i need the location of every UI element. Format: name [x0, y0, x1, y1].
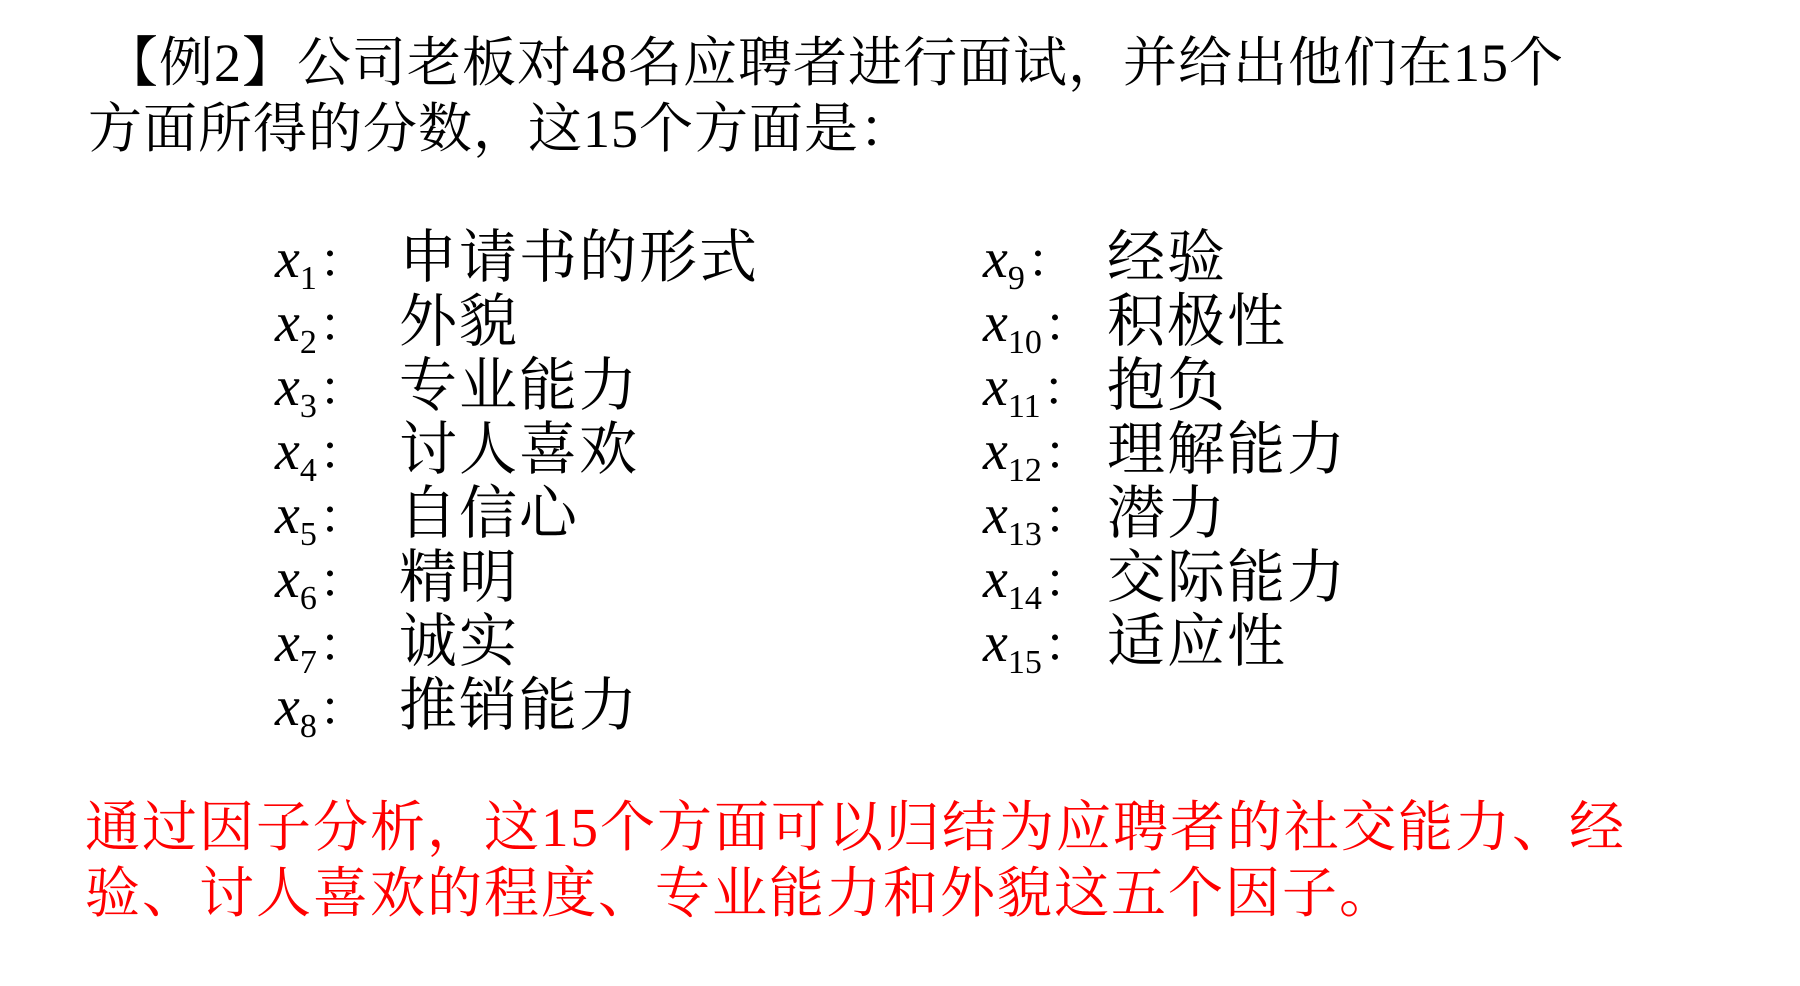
math-x: x	[983, 548, 1008, 610]
variable-row: x13： 潜力	[983, 482, 1347, 546]
variable-symbol: x2：	[275, 291, 395, 358]
colon-separator: ：	[1044, 619, 1092, 672]
variable-label: 理解能力	[1107, 417, 1347, 482]
colon-separator: ：	[1043, 363, 1091, 416]
variable-row: x2： 外貌	[275, 290, 759, 354]
variable-symbol: x1：	[275, 227, 395, 294]
variable-subscript: 8	[300, 708, 317, 745]
variable-row: x3： 专业能力	[275, 354, 759, 418]
math-x: x	[983, 292, 1008, 354]
variable-symbol: x9：	[983, 227, 1103, 294]
variable-label: 适应性	[1107, 609, 1287, 674]
math-x: x	[275, 612, 300, 674]
variable-symbol: x14：	[983, 547, 1103, 614]
title-line: 【例2】公司老板对48名应聘者进行面试，并给出他们在15个	[88, 30, 1648, 96]
math-x: x	[983, 228, 1008, 290]
math-x: x	[275, 484, 300, 546]
colon-separator: ：	[1027, 235, 1075, 288]
variable-row: x15： 适应性	[983, 610, 1347, 674]
math-x: x	[275, 676, 300, 738]
variable-label: 自信心	[399, 481, 579, 546]
variable-label: 申请书的形式	[399, 225, 759, 290]
colon-separator: ：	[319, 491, 367, 544]
variable-label: 专业能力	[399, 353, 639, 418]
math-x: x	[275, 292, 300, 354]
variable-row: x1： 申请书的形式	[275, 226, 759, 290]
conclusion-line: 验、讨人喜欢的程度、专业能力和外貌这五个因子。	[85, 861, 1765, 927]
math-x: x	[275, 356, 300, 418]
colon-separator: ：	[319, 363, 367, 416]
variable-row: x6： 精明	[275, 546, 759, 610]
variable-label: 诚实	[399, 609, 519, 674]
variable-row: x8： 推销能力	[275, 674, 759, 738]
conclusion-line: 通过因子分析，这15个方面可以归结为应聘者的社交能力、经	[85, 795, 1765, 861]
variable-label: 经验	[1107, 225, 1227, 290]
math-x: x	[983, 356, 1008, 418]
math-x: x	[983, 612, 1008, 674]
colon-separator: ：	[1044, 299, 1092, 352]
variable-row: x7： 诚实	[275, 610, 759, 674]
variable-label: 讨人喜欢	[399, 417, 639, 482]
colon-separator: ：	[319, 683, 367, 736]
variable-symbol: x3：	[275, 355, 395, 422]
variable-label: 交际能力	[1107, 545, 1347, 610]
title-line: 方面所得的分数，这15个方面是：	[88, 96, 1648, 162]
colon-separator: ：	[319, 299, 367, 352]
variable-list-right: x9： 经验 x10： 积极性 x11： 抱负 x12： 理解能力 x13： 潜…	[983, 226, 1347, 674]
colon-separator: ：	[1044, 427, 1092, 480]
colon-separator: ：	[319, 619, 367, 672]
variable-list-left: x1： 申请书的形式 x2： 外貌 x3： 专业能力 x4： 讨人喜欢 x5： …	[275, 226, 759, 738]
colon-separator: ：	[319, 235, 367, 288]
variable-label: 潜力	[1107, 481, 1227, 546]
variable-row: x12： 理解能力	[983, 418, 1347, 482]
variable-symbol: x7：	[275, 611, 395, 678]
variable-subscript: 15	[1008, 644, 1042, 681]
variable-row: x14： 交际能力	[983, 546, 1347, 610]
math-x: x	[275, 548, 300, 610]
variable-row: x5： 自信心	[275, 482, 759, 546]
variable-symbol: x8：	[275, 675, 395, 742]
variable-row: x11： 抱负	[983, 354, 1347, 418]
variable-symbol: x11：	[983, 355, 1103, 422]
variable-symbol: x12：	[983, 419, 1103, 486]
conclusion-text: 通过因子分析，这15个方面可以归结为应聘者的社交能力、经 验、讨人喜欢的程度、专…	[85, 795, 1765, 927]
variable-symbol: x10：	[983, 291, 1103, 358]
variable-label: 精明	[399, 545, 519, 610]
variable-label: 外貌	[399, 289, 519, 354]
variable-symbol: x4：	[275, 419, 395, 486]
colon-separator: ：	[1044, 555, 1092, 608]
math-x: x	[983, 484, 1008, 546]
variable-symbol: x15：	[983, 611, 1103, 678]
variable-symbol: x6：	[275, 547, 395, 614]
variable-row: x9： 经验	[983, 226, 1347, 290]
slide-title: 【例2】公司老板对48名应聘者进行面试，并给出他们在15个 方面所得的分数，这1…	[88, 30, 1648, 162]
math-x: x	[275, 420, 300, 482]
colon-separator: ：	[319, 427, 367, 480]
slide: 【例2】公司老板对48名应聘者进行面试，并给出他们在15个 方面所得的分数，这1…	[0, 0, 1800, 986]
variable-label: 抱负	[1107, 353, 1227, 418]
variable-label: 推销能力	[399, 673, 639, 738]
variable-symbol: x5：	[275, 483, 395, 550]
colon-separator: ：	[319, 555, 367, 608]
variable-symbol: x13：	[983, 483, 1103, 550]
variable-label: 积极性	[1107, 289, 1287, 354]
math-x: x	[983, 420, 1008, 482]
variable-row: x4： 讨人喜欢	[275, 418, 759, 482]
colon-separator: ：	[1044, 491, 1092, 544]
math-x: x	[275, 228, 300, 290]
variable-row: x10： 积极性	[983, 290, 1347, 354]
